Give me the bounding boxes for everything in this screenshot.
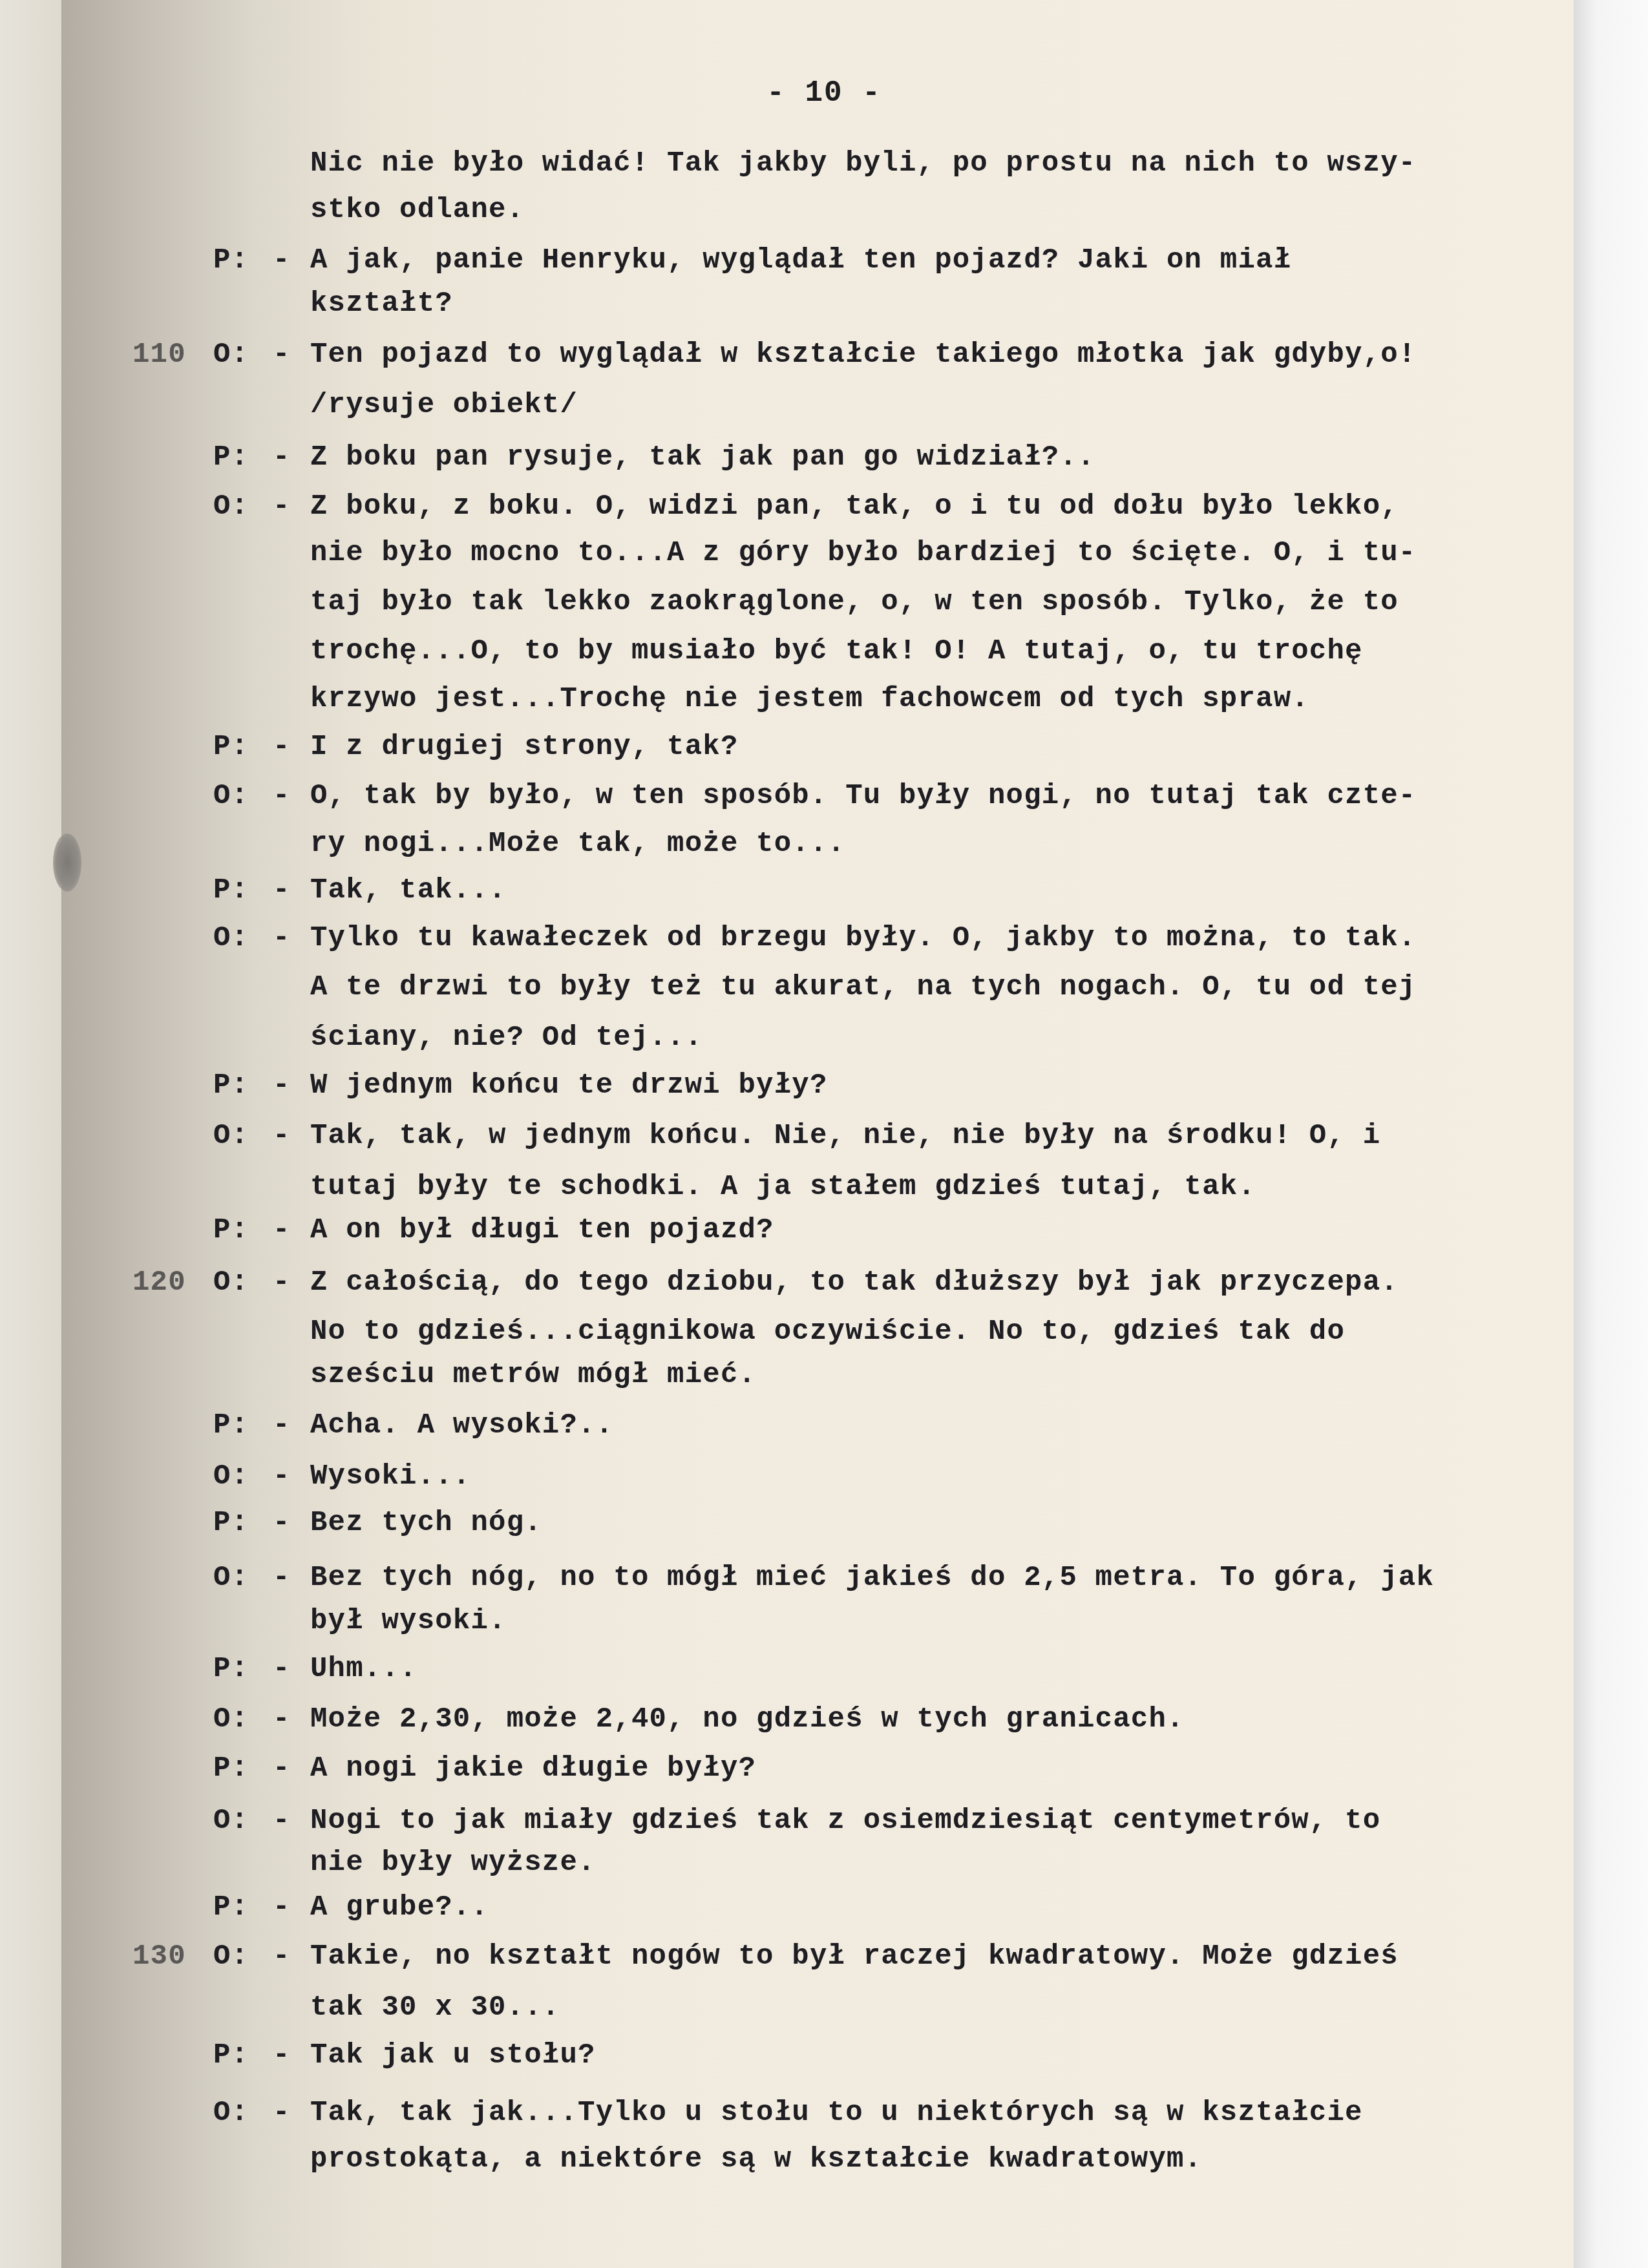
line-text: Nic nie było widać! Tak jakby byli, po p… xyxy=(310,144,1416,183)
transcript-line: sześciu metrów mógł mieć. xyxy=(213,1356,1558,1394)
line-text: Tak, tak... xyxy=(310,871,507,910)
speaker-label: O: xyxy=(213,1559,249,1597)
line-text: Tylko tu kawałeczek od brzegu były. O, j… xyxy=(310,919,1416,958)
dialogue-dash: - xyxy=(273,1263,291,1302)
transcript-line: O:-Bez tych nóg, no to mógł mieć jakieś … xyxy=(213,1559,1558,1597)
transcript-line: nie było mocno to...A z góry było bardzi… xyxy=(213,534,1558,572)
line-text: I z drugiej strony, tak? xyxy=(310,728,739,766)
speaker-label: O: xyxy=(213,487,249,526)
line-text: nie były wyższe. xyxy=(310,1843,596,1882)
adjacent-page-edge xyxy=(0,0,61,2268)
speaker-label: O: xyxy=(213,1700,249,1739)
speaker-label: P: xyxy=(213,1888,249,1927)
dialogue-dash: - xyxy=(273,1937,291,1976)
dialogue-dash: - xyxy=(273,487,291,526)
transcript-line: 120O:-Z całością, do tego dziobu, to tak… xyxy=(213,1263,1558,1302)
line-text: Acha. A wysoki?.. xyxy=(310,1406,613,1445)
transcript-line: ry nogi...Może tak, może to... xyxy=(213,824,1558,863)
transcript-line: P:-Uhm... xyxy=(213,1650,1558,1688)
transcript-line: taj było tak lekko zaokrąglone, o, w ten… xyxy=(213,583,1558,622)
line-text: A grube?.. xyxy=(310,1888,489,1927)
transcript-line: P:-A grube?.. xyxy=(213,1888,1558,1927)
line-text: stko odlane. xyxy=(310,191,524,229)
transcript-line: 130O:-Takie, no kształt nogów to był rac… xyxy=(213,1937,1558,1976)
line-text: trochę...O, to by musiało być tak! O! A … xyxy=(310,632,1363,671)
transcript-line: 110O:-Ten pojazd to wyglądał w kształcie… xyxy=(213,335,1558,374)
dialogue-dash: - xyxy=(273,1066,291,1105)
transcript-line: stko odlane. xyxy=(213,191,1558,229)
transcript-line: P:-I z drugiej strony, tak? xyxy=(213,728,1558,766)
dialogue-dash: - xyxy=(273,2036,291,2075)
page-number: - 10 - xyxy=(0,76,1648,110)
transcript-line: O:-Nogi to jak miały gdzieś tak z osiemd… xyxy=(213,1801,1558,1840)
line-number: 120 xyxy=(132,1263,186,1302)
transcript-line: krzywo jest...Trochę nie jestem fachowce… xyxy=(213,680,1558,719)
speaker-label: O: xyxy=(213,1457,249,1496)
speaker-label: P: xyxy=(213,1504,249,1542)
line-text: A nogi jakie długie były? xyxy=(310,1749,756,1788)
line-text: A te drzwi to były też tu akurat, na tyc… xyxy=(310,968,1416,1007)
speaker-label: O: xyxy=(213,919,249,958)
transcript-line: był wysoki. xyxy=(213,1602,1558,1641)
dialogue-dash: - xyxy=(273,1211,291,1250)
line-text: Może 2,30, może 2,40, no gdzieś w tych g… xyxy=(310,1700,1185,1739)
line-text: Tak jak u stołu? xyxy=(310,2036,596,2075)
speaker-label: P: xyxy=(213,1406,249,1445)
dialogue-dash: - xyxy=(273,1749,291,1788)
line-number: 130 xyxy=(132,1937,186,1976)
transcript-line: P:-Tak, tak... xyxy=(213,871,1558,910)
line-text: Z boku, z boku. O, widzi pan, tak, o i t… xyxy=(310,487,1399,526)
line-text: Z boku pan rysuje, tak jak pan go widzia… xyxy=(310,438,1095,477)
transcript-line: P:-Z boku pan rysuje, tak jak pan go wid… xyxy=(213,438,1558,477)
line-text: był wysoki. xyxy=(310,1602,507,1641)
transcript-line: P:-A jak, panie Henryku, wyglądał ten po… xyxy=(213,241,1558,280)
line-text: Z całością, do tego dziobu, to tak dłużs… xyxy=(310,1263,1399,1302)
transcript-line: O:-Z boku, z boku. O, widzi pan, tak, o … xyxy=(213,487,1558,526)
dialogue-dash: - xyxy=(273,1650,291,1688)
transcript-line: A te drzwi to były też tu akurat, na tyc… xyxy=(213,968,1558,1007)
speaker-label: P: xyxy=(213,438,249,477)
transcript-line: tutaj były te schodki. A ja stałem gdzie… xyxy=(213,1168,1558,1206)
dialogue-dash: - xyxy=(273,919,291,958)
speaker-label: O: xyxy=(213,335,249,374)
dialogue-dash: - xyxy=(273,777,291,815)
speaker-label: O: xyxy=(213,1263,249,1302)
speaker-label: P: xyxy=(213,2036,249,2075)
line-text: Ten pojazd to wyglądał w kształcie takie… xyxy=(310,335,1416,374)
transcript-line: O:-Tak, tak, w jednym końcu. Nie, nie, n… xyxy=(213,1117,1558,1155)
transcript-line: Nic nie było widać! Tak jakby byli, po p… xyxy=(213,144,1558,183)
line-text: ry nogi...Może tak, może to... xyxy=(310,824,845,863)
transcript-line: P:-W jednym końcu te drzwi były? xyxy=(213,1066,1558,1105)
line-text: sześciu metrów mógł mieć. xyxy=(310,1356,756,1394)
speaker-label: P: xyxy=(213,728,249,766)
dialogue-dash: - xyxy=(273,1406,291,1445)
dialogue-dash: - xyxy=(273,335,291,374)
dialogue-dash: - xyxy=(273,1700,291,1739)
line-text: taj było tak lekko zaokrąglone, o, w ten… xyxy=(310,583,1399,622)
line-text: Bez tych nóg. xyxy=(310,1504,542,1542)
speaker-label: P: xyxy=(213,871,249,910)
transcript-line: P:-Bez tych nóg. xyxy=(213,1504,1558,1542)
speaker-label: P: xyxy=(213,1749,249,1788)
scanner-background xyxy=(1574,0,1648,2268)
transcript-line: O:-Może 2,30, może 2,40, no gdzieś w tyc… xyxy=(213,1700,1558,1739)
speaker-label: O: xyxy=(213,777,249,815)
transcript-line: kształt? xyxy=(213,284,1558,323)
line-text: No to gdzieś...ciągnikowa oczywiście. No… xyxy=(310,1312,1345,1351)
dialogue-dash: - xyxy=(273,1457,291,1496)
line-text: ściany, nie? Od tej... xyxy=(310,1018,703,1057)
dialogue-dash: - xyxy=(273,1117,291,1155)
line-text: nie było mocno to...A z góry było bardzi… xyxy=(310,534,1416,572)
dialogue-dash: - xyxy=(273,1559,291,1597)
transcript-line: P:-Tak jak u stołu? xyxy=(213,2036,1558,2075)
dialogue-dash: - xyxy=(273,2094,291,2132)
speaker-label: P: xyxy=(213,1211,249,1250)
transcript-line: nie były wyższe. xyxy=(213,1843,1558,1882)
line-text: A jak, panie Henryku, wyglądał ten pojaz… xyxy=(310,241,1291,280)
dialogue-dash: - xyxy=(273,241,291,280)
transcript-line: tak 30 x 30... xyxy=(213,1988,1558,2027)
speaker-label: O: xyxy=(213,2094,249,2132)
line-text: Bez tych nóg, no to mógł mieć jakieś do … xyxy=(310,1559,1434,1597)
line-text: Tak, tak, w jednym końcu. Nie, nie, nie … xyxy=(310,1117,1380,1155)
line-text: Takie, no kształt nogów to był raczej kw… xyxy=(310,1937,1399,1976)
line-text: krzywo jest...Trochę nie jestem fachowce… xyxy=(310,680,1309,719)
line-text: /rysuje obiekt/ xyxy=(310,386,578,425)
speaker-label: O: xyxy=(213,1801,249,1840)
dialogue-dash: - xyxy=(273,1888,291,1927)
dialogue-dash: - xyxy=(273,871,291,910)
dialogue-dash: - xyxy=(273,728,291,766)
transcript-line: /rysuje obiekt/ xyxy=(213,386,1558,425)
line-text: W jednym końcu te drzwi były? xyxy=(310,1066,828,1105)
line-number: 110 xyxy=(132,335,186,374)
line-text: tutaj były te schodki. A ja stałem gdzie… xyxy=(310,1168,1256,1206)
transcript-line: O:-Tylko tu kawałeczek od brzegu były. O… xyxy=(213,919,1558,958)
transcript-line: O:-O, tak by było, w ten sposób. Tu były… xyxy=(213,777,1558,815)
transcript-line: ściany, nie? Od tej... xyxy=(213,1018,1558,1057)
speaker-label: O: xyxy=(213,1117,249,1155)
dialogue-dash: - xyxy=(273,438,291,477)
transcript-line: O:-Tak, tak jak...Tylko u stołu to u nie… xyxy=(213,2094,1558,2132)
dialogue-dash: - xyxy=(273,1504,291,1542)
dialogue-dash: - xyxy=(273,1801,291,1840)
binding-hole xyxy=(53,834,81,892)
line-text: prostokąta, a niektóre są w kształcie kw… xyxy=(310,2140,1202,2179)
line-text: tak 30 x 30... xyxy=(310,1988,560,2027)
line-text: Nogi to jak miały gdzieś tak z osiemdzie… xyxy=(310,1801,1380,1840)
transcript-line: P:-A nogi jakie długie były? xyxy=(213,1749,1558,1788)
transcript-line: P:-Acha. A wysoki?.. xyxy=(213,1406,1558,1445)
line-text: kształt? xyxy=(310,284,453,323)
line-text: Uhm... xyxy=(310,1650,417,1688)
transcript-line: trochę...O, to by musiało być tak! O! A … xyxy=(213,632,1558,671)
line-text: A on był długi ten pojazd? xyxy=(310,1211,774,1250)
speaker-label: P: xyxy=(213,241,249,280)
transcript-line: prostokąta, a niektóre są w kształcie kw… xyxy=(213,2140,1558,2179)
speaker-label: P: xyxy=(213,1650,249,1688)
line-text: Tak, tak jak...Tylko u stołu to u niektó… xyxy=(310,2094,1363,2132)
line-text: Wysoki... xyxy=(310,1457,470,1496)
transcript-line: No to gdzieś...ciągnikowa oczywiście. No… xyxy=(213,1312,1558,1351)
line-text: O, tak by było, w ten sposób. Tu były no… xyxy=(310,777,1416,815)
speaker-label: O: xyxy=(213,1937,249,1976)
speaker-label: P: xyxy=(213,1066,249,1105)
transcript-line: O:-Wysoki... xyxy=(213,1457,1558,1496)
transcript-line: P:-A on był długi ten pojazd? xyxy=(213,1211,1558,1250)
